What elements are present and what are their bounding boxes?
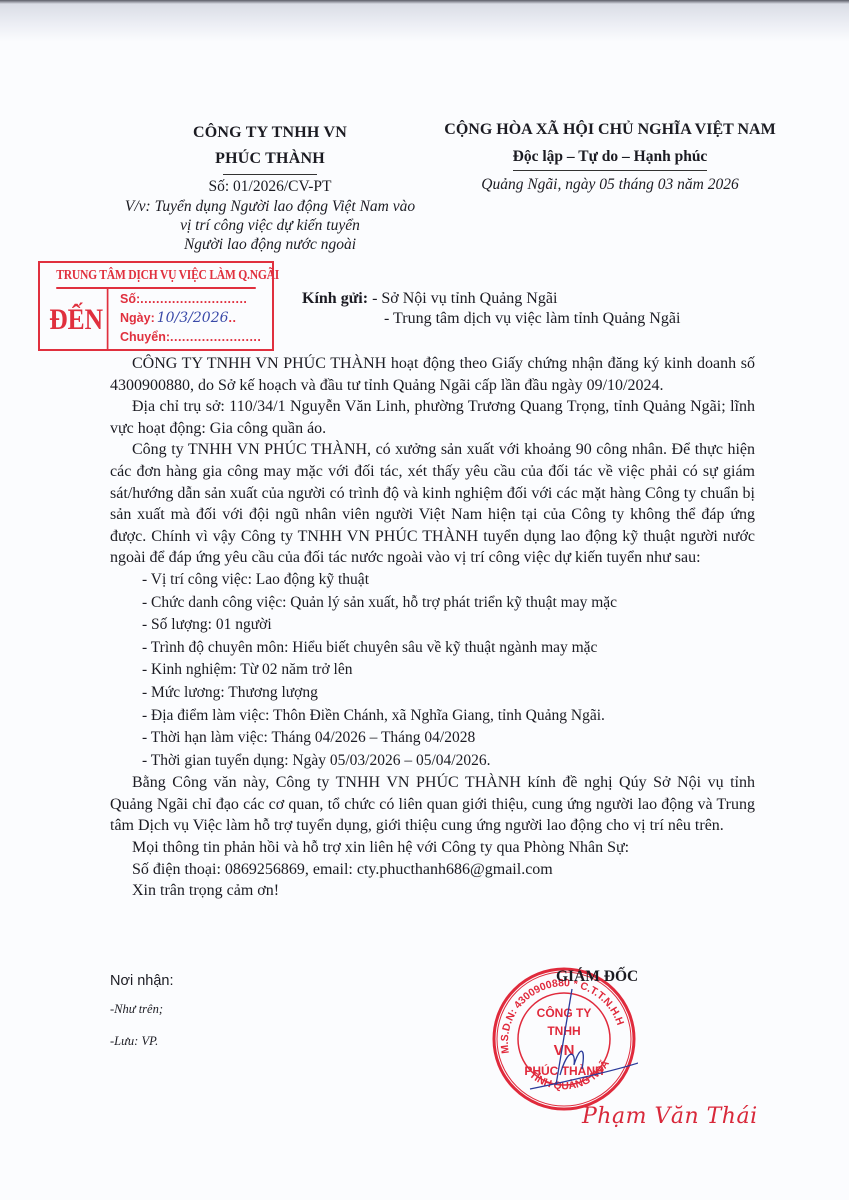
addressee-line2: - Trung tâm dịch vụ việc làm tỉnh Quảng … xyxy=(302,309,680,329)
national-header: CỘNG HÒA XÃ HỘI CHỦ NGHĨA VIỆT NAM Độc l… xyxy=(420,120,800,195)
received-stamp: TRUNG TÂM DỊCH VỤ VIỆC LÀM Q.NGÃI ĐẾN Số… xyxy=(38,261,274,351)
closing-thanks: Xin trân trọng cảm ơn! xyxy=(110,880,755,902)
letter-body: CÔNG TY TNHH VN PHÚC THÀNH hoạt động the… xyxy=(110,353,755,902)
recipient-item: -Lưu: VP. xyxy=(110,1030,174,1052)
svg-text:CÔNG TY: CÔNG TY xyxy=(537,1005,592,1020)
list-item: - Địa điểm làm việc: Thôn Điền Chánh, xã… xyxy=(142,705,755,728)
job-details-list: - Vị trí công việc: Lao động kỹ thuật - … xyxy=(110,569,755,772)
paragraph-justification: Công ty TNHH VN PHÚC THÀNH, có xưởng sản… xyxy=(110,439,755,569)
paragraph-address: Địa chỉ trụ sở: 110/34/1 Nguyễn Văn Linh… xyxy=(110,396,755,439)
contact-line2: Số điện thoại: 0869256869, email: cty.ph… xyxy=(110,859,755,881)
received-stamp-forward-row: Chuyển:....................... xyxy=(120,328,272,347)
national-title: CỘNG HÒA XÃ HỘI CHỦ NGHĨA VIỆT NAM xyxy=(420,120,800,140)
addressee-line1: - Sở Nội vụ tỉnh Quảng Ngãi xyxy=(372,290,557,307)
list-item: - Vị trí công việc: Lao động kỹ thuật xyxy=(142,569,755,592)
received-stamp-title: TRUNG TÂM DỊCH VỤ VIỆC LÀM Q.NGÃI xyxy=(56,263,256,289)
addressee-block: Kính gửi: - Sở Nội vụ tỉnh Quảng Ngãi - … xyxy=(302,289,680,329)
list-item: - Kinh nghiệm: Từ 02 năm trở lên xyxy=(142,659,755,682)
list-item: - Thời gian tuyển dụng: Ngày 05/03/2026 … xyxy=(142,750,755,773)
paragraph-registration: CÔNG TY TNHH VN PHÚC THÀNH hoạt động the… xyxy=(110,353,755,396)
document-page: CÔNG TY TNHH VN PHÚC THÀNH Số: 01/2026/C… xyxy=(0,0,849,1200)
list-item: - Mức lương: Thương lượng xyxy=(142,682,755,705)
recipient-item: -Như trên; xyxy=(110,998,174,1020)
signer-name: Phạm Văn Thái xyxy=(582,1104,758,1129)
national-motto: Độc lập – Tự do – Hạnh phúc xyxy=(513,146,708,171)
received-date-handwritten: 10/3/2026 xyxy=(157,310,229,326)
subject-line3: Người lao động nước ngoài xyxy=(100,235,440,254)
issuer-header: CÔNG TY TNHH VN PHÚC THÀNH Số: 01/2026/C… xyxy=(100,120,440,254)
company-name-line1: CÔNG TY TNHH VN xyxy=(100,120,440,146)
paragraph-request: Bằng Công văn này, Công ty TNHH VN PHÚC … xyxy=(110,772,755,837)
list-item: - Số lượng: 01 người xyxy=(142,614,755,637)
received-stamp-number-row: Số:........................... xyxy=(120,290,272,309)
signer-title: GIÁM ĐỐC xyxy=(556,968,638,986)
received-stamp-date-row: Ngày:10/3/2026.. xyxy=(120,309,272,328)
header-divider xyxy=(223,174,317,175)
recipients-label: Nơi nhận: xyxy=(110,970,174,992)
company-seal-icon: M.S.D.N: 4300900880 * C.T.T.N.H.H TỈNH Q… xyxy=(490,965,638,1113)
list-item: - Thời hạn làm việc: Tháng 04/2026 – Thá… xyxy=(142,727,755,750)
company-name-line2: PHÚC THÀNH xyxy=(100,146,440,172)
subject-line2: vị trí công việc dự kiến tuyển xyxy=(100,216,440,235)
document-number: Số: 01/2026/CV-PT xyxy=(100,177,440,197)
contact-line1: Mọi thông tin phản hồi và hỗ trợ xin liê… xyxy=(110,837,755,859)
addressee-label: Kính gửi: xyxy=(302,290,368,307)
svg-text:VN: VN xyxy=(554,1042,575,1059)
received-stamp-label: ĐẾN xyxy=(46,289,109,351)
recipients-block: Nơi nhận: -Như trên; -Lưu: VP. xyxy=(110,970,174,1052)
list-item: - Chức danh công việc: Quản lý sản xuất,… xyxy=(142,592,755,615)
list-item: - Trình độ chuyên môn: Hiểu biết chuyên … xyxy=(142,637,755,660)
subject-line1: V/v: Tuyển dụng Người lao động Việt Nam … xyxy=(100,197,440,216)
place-date: Quảng Ngãi, ngày 05 tháng 03 năm 2026 xyxy=(420,175,800,195)
